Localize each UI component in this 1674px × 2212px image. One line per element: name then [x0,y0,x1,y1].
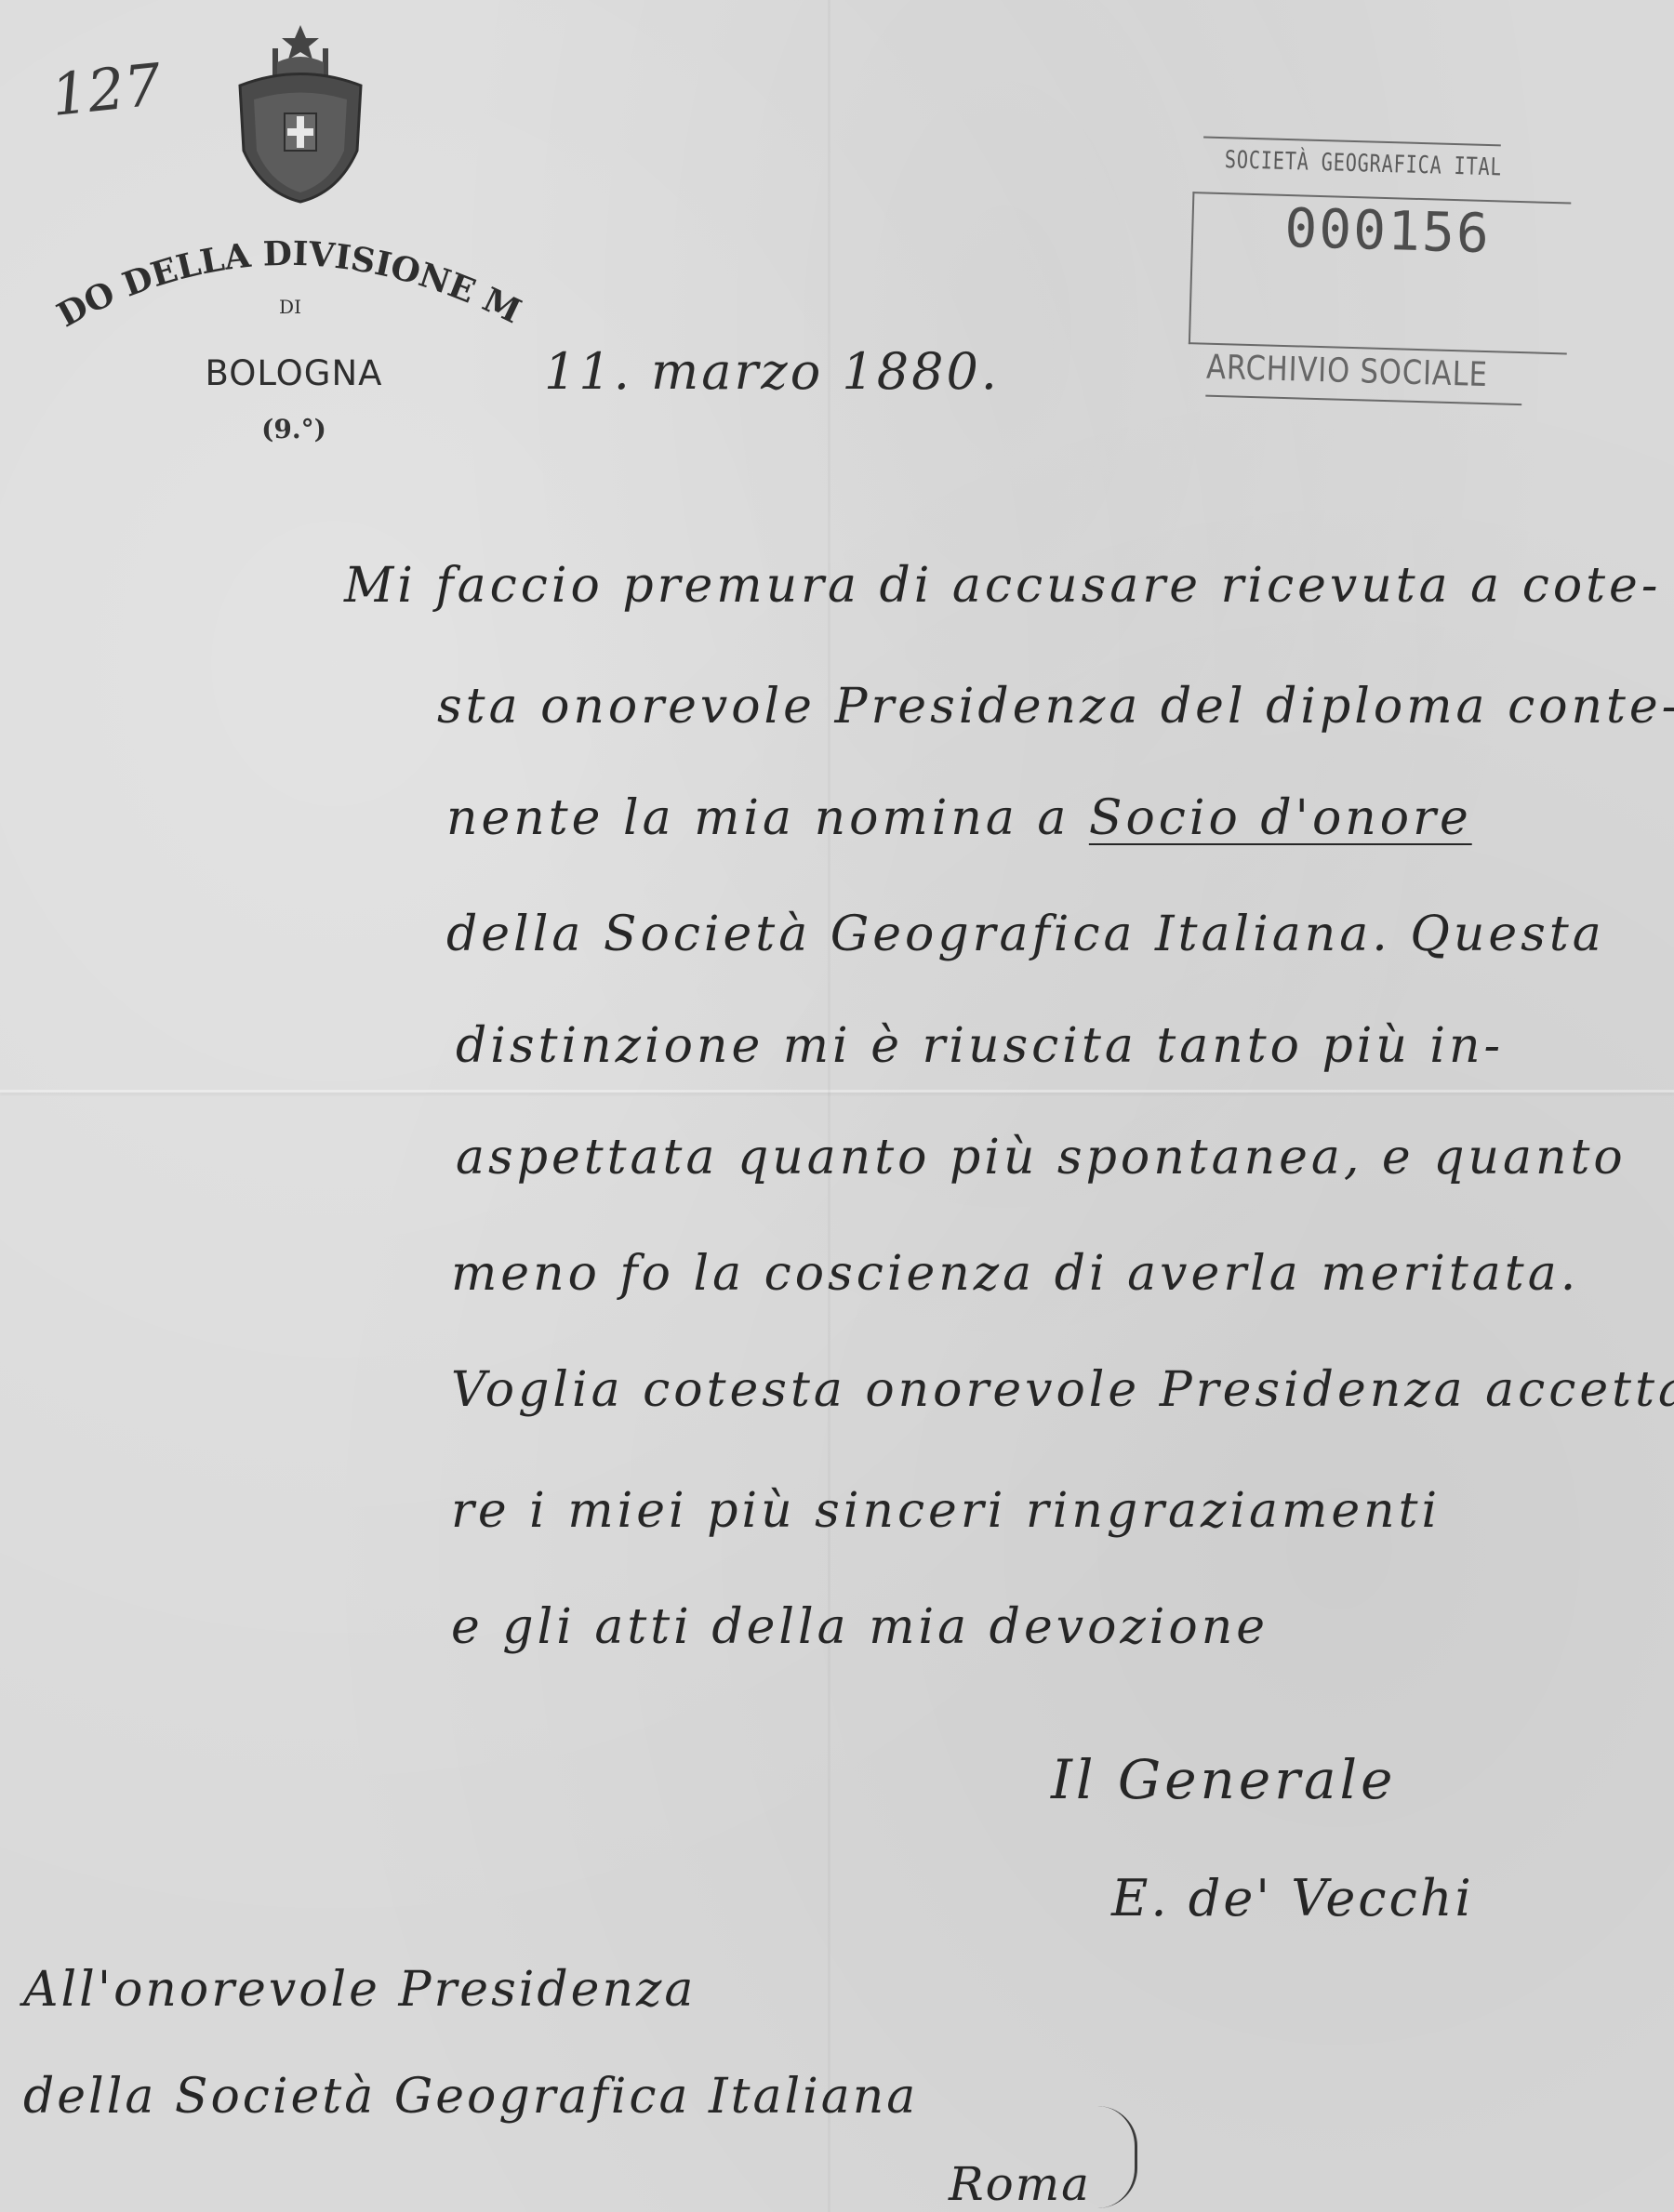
stamp-society-name: SOCIETÀ GEOGRAFICA ITALIANA [1202,136,1501,198]
body-line: Voglia cotesta onorevole Presidenza acce… [451,1362,1674,1418]
underlined-phrase: Socio d'onore [1089,790,1472,846]
body-line: distinzione mi è riuscita tanto più in- [456,1018,1504,1074]
paper-fold [828,0,830,2212]
body-line: nente la mia nomina a Socio d'onore [446,790,1472,846]
archive-stamp: SOCIETÀ GEOGRAFICA ITALIANA 000156 ARCHI… [1187,136,1585,417]
address-brace [1097,2106,1137,2208]
stamp-archive-label: ARCHIVIO SOCIALE [1205,349,1522,405]
letterhead-di: DI [272,296,309,318]
body-line: meno fo la coscienza di averla meritata. [451,1246,1579,1302]
signature-name: E. de' Vecchi [1111,1869,1474,1927]
body-line: aspettata quanto più spontanea, e quanto [456,1130,1627,1185]
body-line: re i miei più sinceri ringraziamenti [451,1483,1441,1539]
body-line: Mi faccio premura di accusare ricevuta a… [344,558,1661,614]
body-line: e gli atti della mia devozione [451,1599,1269,1655]
body-line: sta onorevole Presidenza del diploma con… [437,679,1674,735]
signature-title: Il Generale [1051,1748,1396,1811]
paper-fold [0,1090,1674,1093]
address-city: Roma [949,2157,1091,2211]
address-line: All'onorevole Presidenza [23,1962,696,2018]
address-line: della Società Geografica Italiana [23,2069,918,2125]
letterhead-arc: COMANDO DELLA DIVISIONE MILITARE [51,214,535,372]
letter-date: 11. marzo 1880. [544,342,1000,401]
stamp-number: 000156 [1283,196,1491,265]
letterhead-division: (9.°) [238,414,350,444]
archive-number: 127 [48,50,165,129]
body-line: della Società Geografica Italiana. Quest… [446,907,1605,962]
crest-of-savoy-icon [221,20,379,206]
letterhead-city: BOLOGNA [164,353,424,393]
